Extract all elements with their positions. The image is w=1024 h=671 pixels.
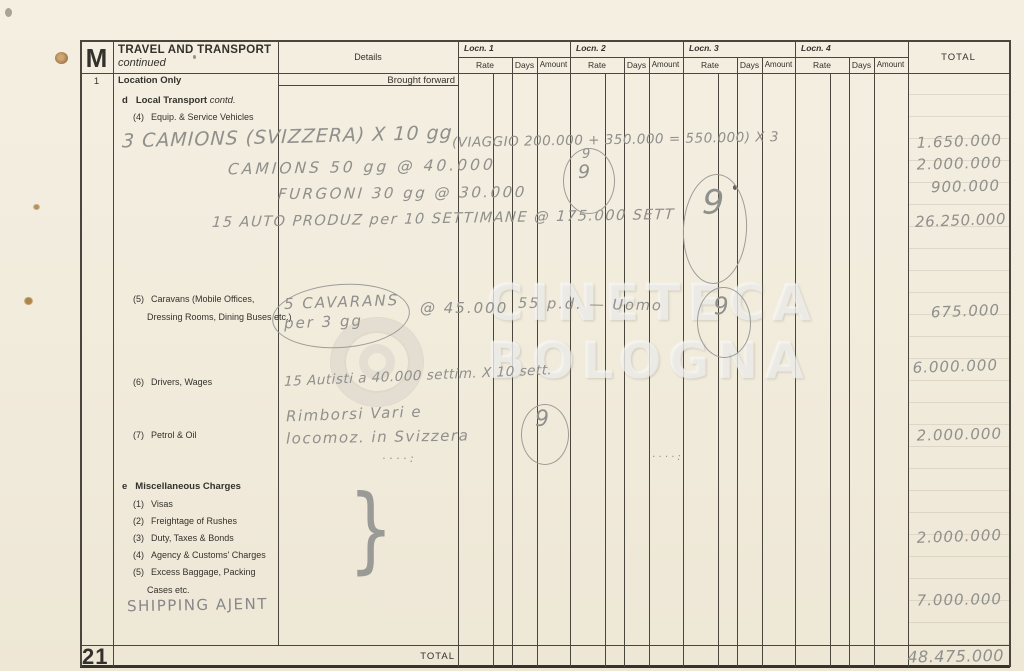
days-header: Days — [624, 60, 649, 70]
hw-viaggio-calc: (VIAGGIO 200.000 + 350.000 = 550.000) X … — [452, 129, 779, 151]
hw-camions: CAMIONS 50 gg @ 40.000 — [227, 156, 496, 179]
hw-caravans-note: 55 p.d. — Uomo — [518, 296, 663, 315]
item-label: Drivers, Wages — [151, 377, 212, 387]
line-item: (6)Drivers, Wages — [133, 377, 212, 387]
section-letter: M — [80, 43, 113, 74]
page-number: 21 — [82, 644, 108, 670]
line-item: (5)Caravans (Mobile Offices, — [133, 294, 254, 304]
hw-query-glyph: 9 — [582, 147, 590, 162]
group-e-prefix: e — [122, 481, 127, 492]
section-title: Location Only — [118, 75, 181, 86]
days-header: Days — [849, 60, 874, 70]
rate-header: Rate — [458, 60, 512, 70]
rate-header: Rate — [683, 60, 737, 70]
grid-line — [849, 57, 850, 667]
total-furgoni: 900.000 — [882, 176, 1000, 197]
days-header: Days — [512, 60, 537, 70]
grid-line — [80, 645, 1010, 646]
hw-query-glyph: 9 — [578, 161, 590, 183]
line-item: (3)Duty, Taxes & Bonds — [133, 533, 234, 543]
watermark-bologna: BOLOGNA — [487, 332, 811, 390]
rate-header: Rate — [570, 60, 624, 70]
group-d-prefix: d — [122, 95, 128, 106]
total-petrol: 2.000.000 — [882, 424, 1002, 445]
paper-stain — [55, 52, 68, 64]
grand-total-value: 48.475.000 — [878, 646, 1004, 667]
scanned-budget-page: M TRAVEL AND TRANSPORT continued Details… — [0, 0, 1024, 671]
location-4-header: Locn. 4 — [801, 43, 831, 53]
location-1-header: Locn. 1 — [464, 43, 494, 53]
footer-total-label: TOTAL — [350, 651, 455, 662]
total-column-header: TOTAL — [908, 52, 1009, 63]
item-label: Visas — [151, 499, 173, 509]
total-shipping: 7.000.000 — [882, 590, 1002, 610]
hw-query-circle: 9 — [521, 404, 569, 465]
item-label: Cases etc. — [147, 585, 190, 595]
item-label: Agency & Customs' Charges — [151, 550, 266, 560]
item-label: Freightage of Rushes — [151, 516, 237, 526]
item-number: (5) — [133, 294, 144, 304]
item-number: (4) — [133, 550, 144, 560]
hw-query-circle: 9 9 — [563, 148, 615, 214]
item-number: (7) — [133, 430, 144, 440]
paper-stain — [24, 297, 33, 305]
brought-forward-label: Brought forward — [350, 75, 455, 86]
hw-brace: } — [348, 483, 393, 577]
paper-stain — [33, 204, 40, 210]
item-number: (1) — [133, 499, 144, 509]
hw-dots: · · · · : — [382, 452, 414, 465]
hw-query-glyph: 9 — [701, 182, 725, 223]
paper-stain — [5, 8, 12, 17]
grid-line — [113, 40, 114, 667]
line-item: (2)Freightage of Rushes — [133, 516, 237, 526]
amount-header: Amount — [537, 60, 570, 69]
location-2-header: Locn. 2 — [576, 43, 606, 53]
item-number: (2) — [133, 516, 144, 526]
form-title: TRAVEL AND TRANSPORT — [118, 44, 271, 56]
group-d-label: Local Transport — [136, 95, 207, 106]
hw-shipping-agent: SHIPPING AJENT — [127, 595, 268, 615]
grid-line — [830, 73, 831, 667]
grid-line — [1009, 40, 1011, 667]
item-label: Petrol & Oil — [151, 430, 197, 440]
group-d-heading: dLocal Transport contd. — [122, 95, 236, 106]
grid-line — [80, 73, 1010, 74]
item-label: Caravans (Mobile Offices, — [151, 294, 254, 304]
hw-caravans-days: per 3 gg — [284, 312, 364, 333]
grid-line — [80, 40, 82, 667]
hw-camions-svizzera: 3 CAMIONS (SVIZZERA) X 10 gg — [122, 122, 454, 153]
total-camions: 2.000.000 — [882, 153, 1002, 174]
hw-query-glyph: 9 — [713, 292, 729, 321]
group-d-note: contd. — [210, 95, 236, 106]
grid-line — [874, 57, 875, 667]
amount-header: Amount — [762, 60, 795, 69]
line-item: (4)Agency & Customs' Charges — [133, 550, 266, 560]
location-3-header: Locn. 3 — [689, 43, 719, 53]
row-number: 1 — [80, 76, 113, 87]
rate-header: Rate — [795, 60, 849, 70]
item-number: (3) — [133, 533, 144, 543]
details-column-header: Details — [278, 52, 458, 62]
line-item-cont: Dressing Rooms, Dining Buses etc.) — [147, 312, 292, 322]
amount-header: Amount — [874, 60, 907, 69]
hw-furgoni: FURGONI 30 gg @ 30.000 — [277, 183, 527, 203]
item-label: Duty, Taxes & Bonds — [151, 533, 234, 543]
amount-header: Amount — [649, 60, 682, 69]
grid-line — [80, 40, 1010, 42]
grid-line — [80, 665, 1010, 668]
hw-caravans-rate: @ 45.000 — [420, 299, 508, 317]
group-e-heading: eMiscellaneous Charges — [122, 481, 241, 492]
item-number: (6) — [133, 377, 144, 387]
hw-petrol-1: Rimborsi Vari e — [286, 403, 423, 426]
item-label: Equip. & Service Vehicles — [151, 112, 254, 122]
item-label: Dressing Rooms, Dining Buses etc.) — [147, 312, 292, 322]
hw-query-glyph: 9 — [535, 407, 549, 432]
line-item-cont: Cases etc. — [147, 585, 190, 595]
hw-petrol-2: locomoz. in Svizzera — [286, 426, 470, 447]
days-header: Days — [737, 60, 762, 70]
hw-dots: · · · · : — [652, 452, 681, 463]
item-label: Excess Baggage, Packing — [151, 567, 256, 577]
line-item: (5)Excess Baggage, Packing — [133, 567, 256, 577]
hw-query-circle: 9 — [680, 172, 750, 285]
item-number: (4) — [133, 112, 144, 122]
group-e-label: Miscellaneous Charges — [135, 481, 241, 492]
form-subtitle: continued — [118, 57, 166, 69]
line-item: (1)Visas — [133, 499, 173, 509]
item-number: (5) — [133, 567, 144, 577]
line-item: (4)Equip. & Service Vehicles — [133, 112, 254, 122]
line-item: (7)Petrol & Oil — [133, 430, 197, 440]
